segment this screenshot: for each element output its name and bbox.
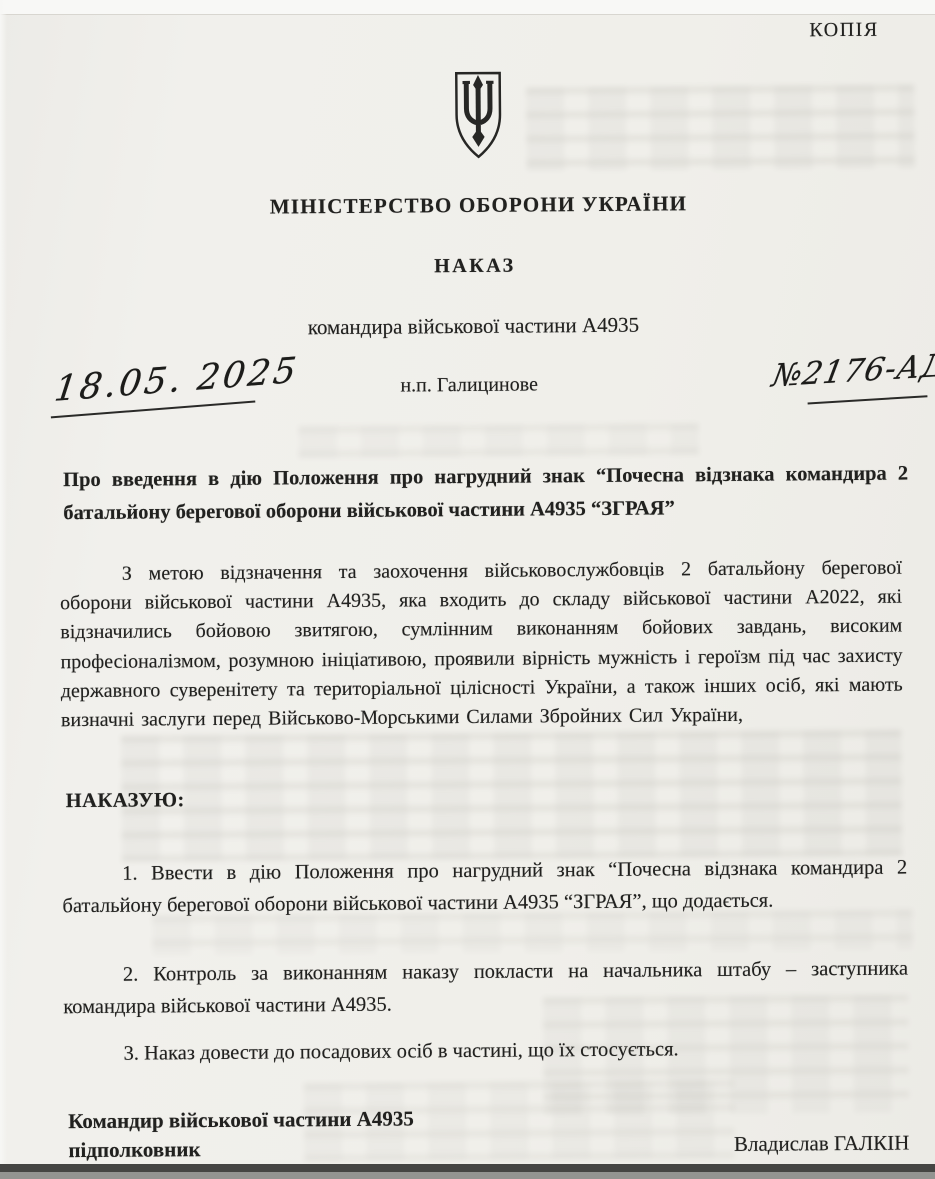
scanned-document-page: КОПІЯ МІНІСТЕРСТВО ОБОРОНИ УКРАЇНИ НАКАЗ… [0, 0, 935, 1179]
ukraine-trident-emblem-icon [447, 70, 510, 162]
signature-position-line2: підполковник [68, 1133, 414, 1165]
order-item-2: 2. Контроль за виконанням наказу покласт… [63, 954, 908, 1024]
bleed-through-artifact [121, 730, 902, 862]
signature-position-line1: Командир військової частини А4935 [68, 1104, 414, 1136]
order-subject: Про введення в дію Положення про нагрудн… [63, 458, 908, 531]
handwritten-date: 18.05. 2025 [52, 351, 301, 411]
order-command-word: НАКАЗУЮ: [66, 789, 185, 813]
handwritten-order-number: №2176-АД [769, 347, 935, 394]
issuer-line: командира військової частини А4935 [6, 310, 935, 342]
copy-label: КОПІЯ [809, 19, 878, 43]
ministry-title: МІНІСТЕРСТВО ОБОРОНИ УКРАЇНИ [11, 189, 935, 221]
order-preamble: З метою відзначення та заохочення військ… [60, 554, 903, 736]
scan-bottom-edge [0, 1172, 935, 1179]
scan-bottom-edge-shadow [0, 1164, 935, 1172]
place-line: н.п. Галицинове [400, 373, 538, 397]
signature-name: Владислав ГАЛКІН [734, 1131, 910, 1157]
document-type-title: НАКАЗ [7, 251, 935, 281]
order-item-3: 3. Наказ довести до посадових осіб в час… [64, 1033, 909, 1071]
signature-position-block: Командир військової частини А4935 підпол… [68, 1104, 414, 1165]
document-sheet: КОПІЯ МІНІСТЕРСТВО ОБОРОНИ УКРАЇНИ НАКАЗ… [0, 0, 935, 1179]
order-item-1: 1. Ввести в дію Положення про нагрудний … [62, 853, 907, 923]
order-number-underline [808, 395, 928, 404]
bleed-through-artifact [299, 423, 699, 458]
bleed-through-artifact [526, 84, 915, 171]
